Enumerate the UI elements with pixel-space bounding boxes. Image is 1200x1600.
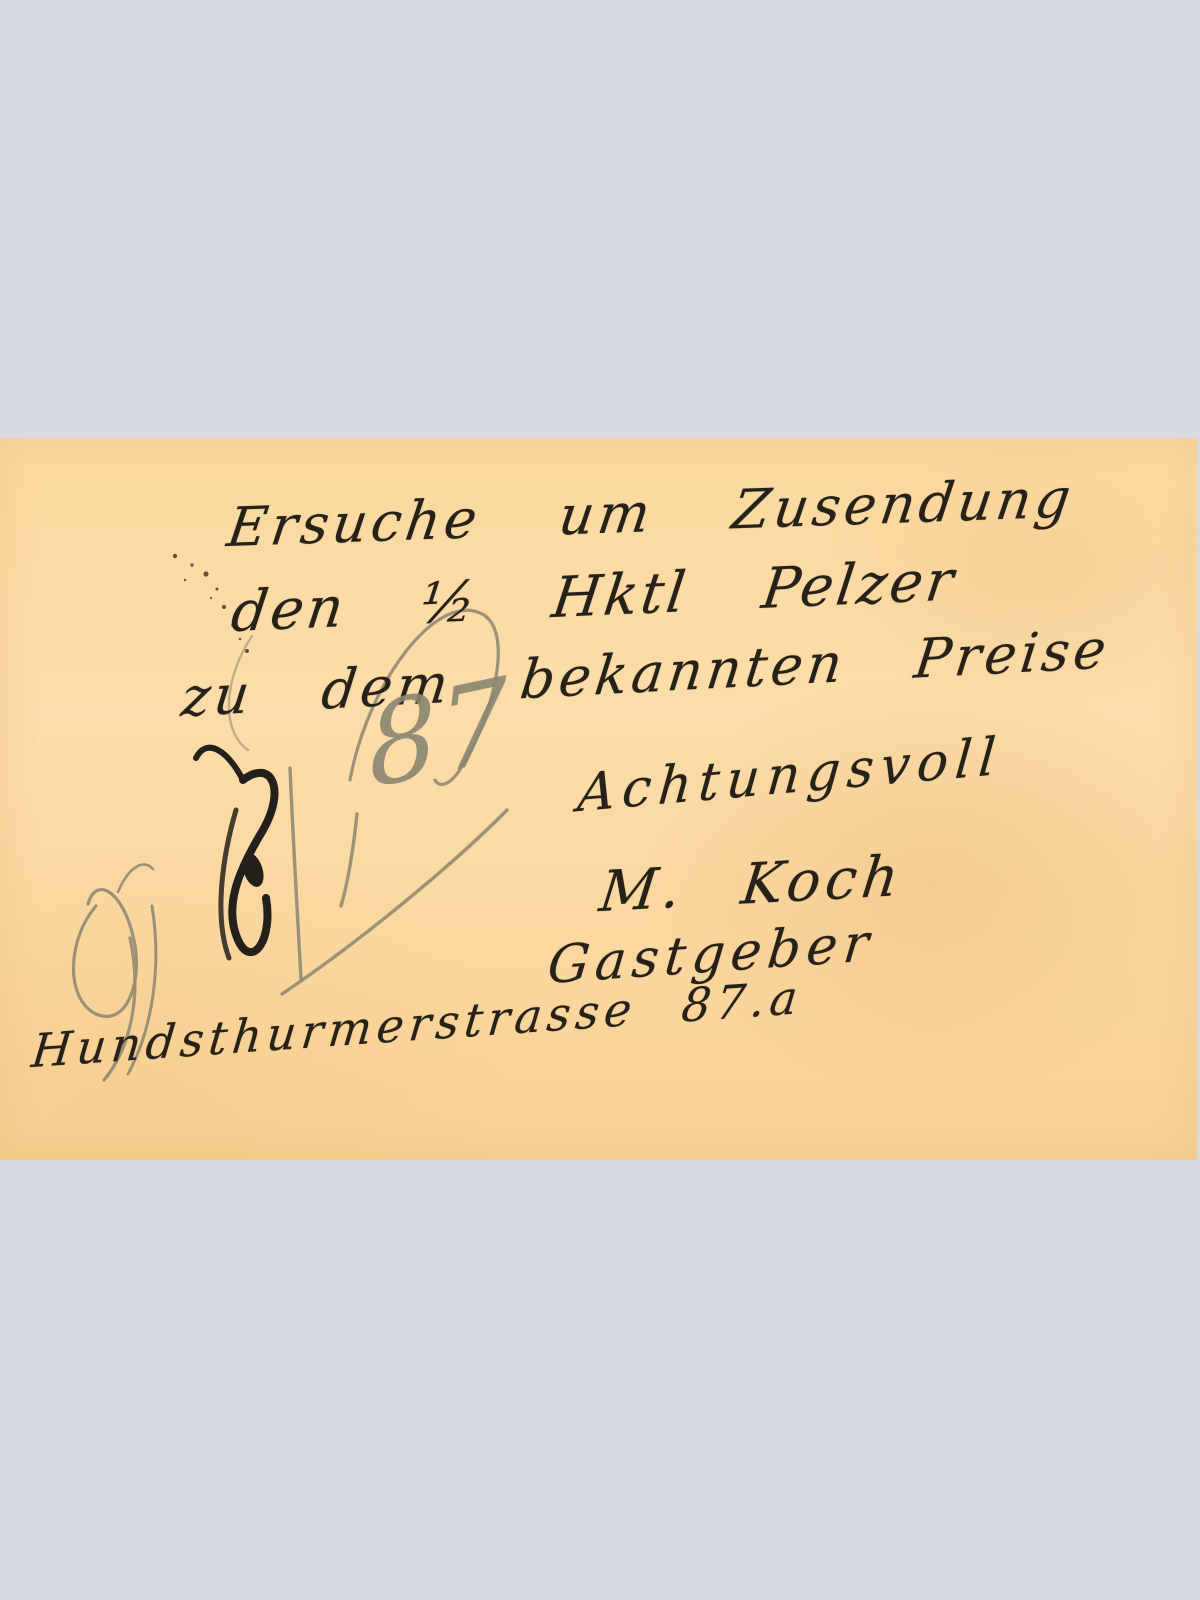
pencil-diagonal-stroke bbox=[282, 810, 507, 994]
address-line: Hundsthurmerstrasse 87.a bbox=[29, 970, 805, 1078]
ink-paraph-stroke bbox=[196, 748, 274, 958]
request-line-1: Ersuche um Zusendung bbox=[224, 466, 1079, 559]
scanned-postcard-scene: Ersuche um Zusendung den ½ Hktl Pelzer z… bbox=[0, 0, 1200, 1600]
pencil-vertical-stroke bbox=[290, 768, 301, 978]
postcard-paper: Ersuche um Zusendung den ½ Hktl Pelzer z… bbox=[0, 438, 1197, 1160]
closing-salutation: Achtungsvoll bbox=[575, 727, 1005, 825]
pencil-one-stroke bbox=[341, 814, 357, 906]
